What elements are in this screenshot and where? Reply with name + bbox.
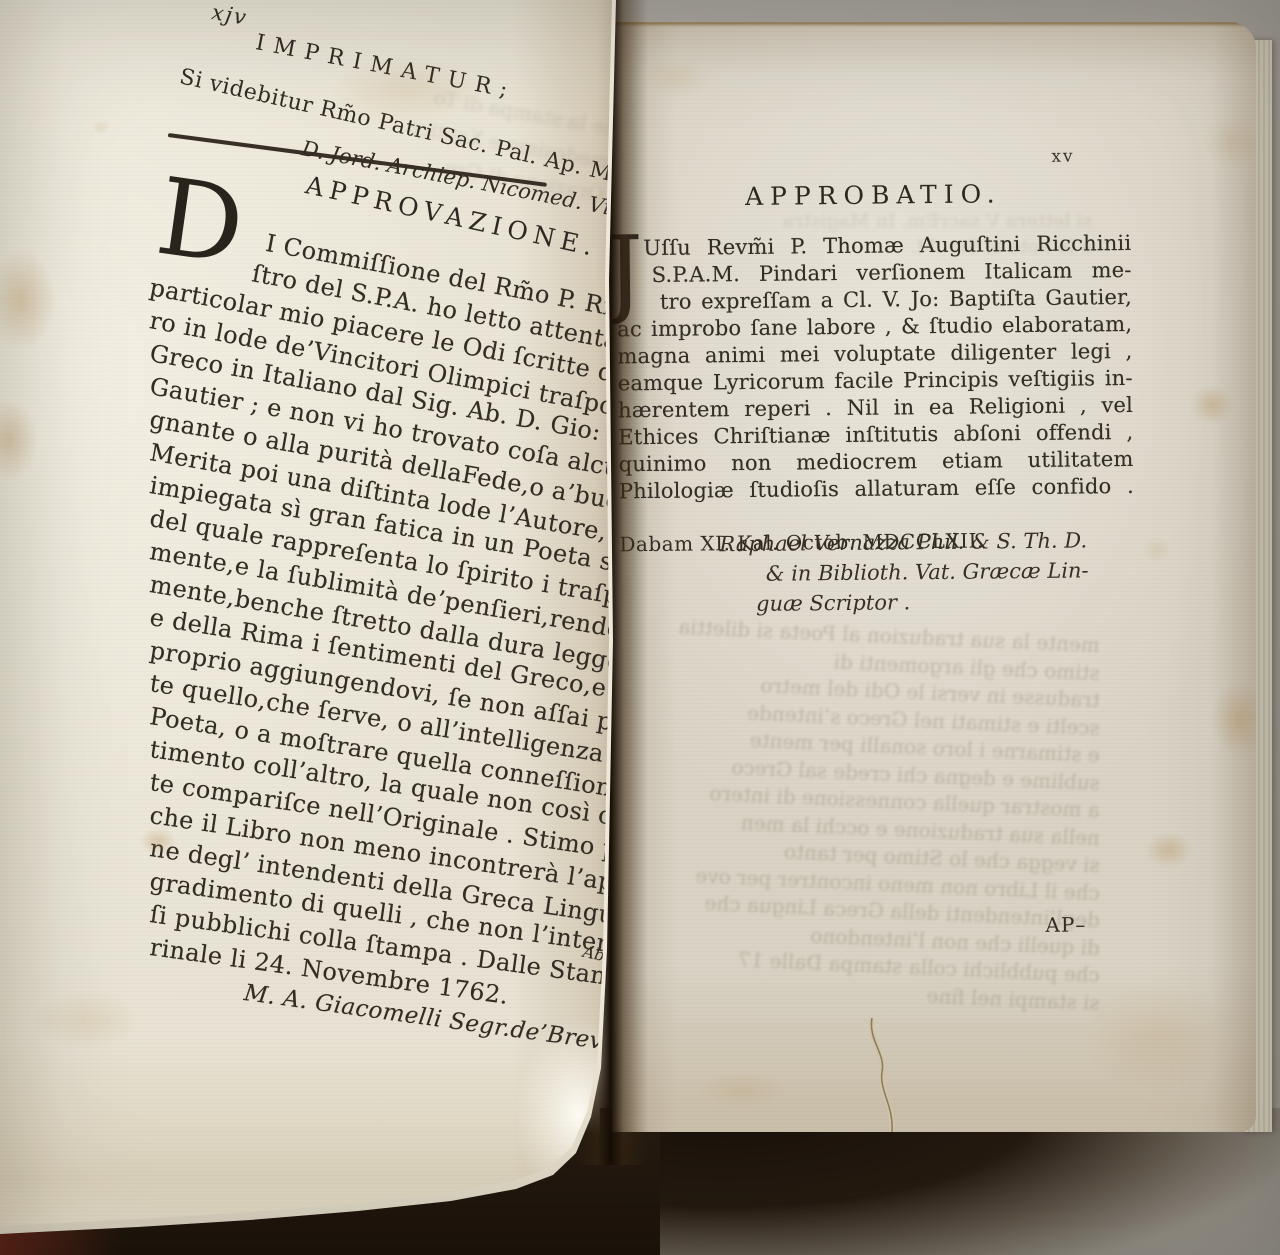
book-photo: si lettera V sacrEm. In Magistra e le no… [0,0,1280,1255]
foxing-stain [0,400,37,480]
signature-line: & in Biblioth. Vat. Græcæ Lin- [766,555,1089,588]
catchword-ap: AP– [1045,912,1086,936]
text-line: Philologiæ ſtudioſis allaturam eſſe conf… [619,473,1134,505]
approbatio-heading: APPROBATIO. [616,178,1131,212]
paper-tear [852,1010,962,1132]
approvazione-body: I Commiſſione del Rm̃o P. Ricchini ſtro … [150,205,630,997]
left-page: che la stampa di To il medesimo e Xantic… [0,0,640,1240]
signature-line: Raphael Vernazza Phil. & S. Th. D. [719,525,1088,559]
signature-line: guæ Scriptor . [756,585,1089,618]
page-number-xv: xv [1051,147,1074,167]
foxing-stain [0,250,56,350]
foxing-stain [92,120,110,134]
right-page: si lettera V sacrEm. In Magistra e le no… [612,22,1256,1132]
right-page-text: xv APPROBATIO. J Uſſu Revm̃i P. Thomæ Au… [612,22,1256,1132]
vernazza-signature: Raphael Vernazza Phil. & S. Th. D. & in … [719,525,1089,619]
page-number-xiv: xjv [210,0,250,30]
foxing-stain [30,990,140,1050]
approbatio-body: Uſſu Revm̃i P. Thomæ Auguſtini Ricchinii… [616,230,1134,505]
